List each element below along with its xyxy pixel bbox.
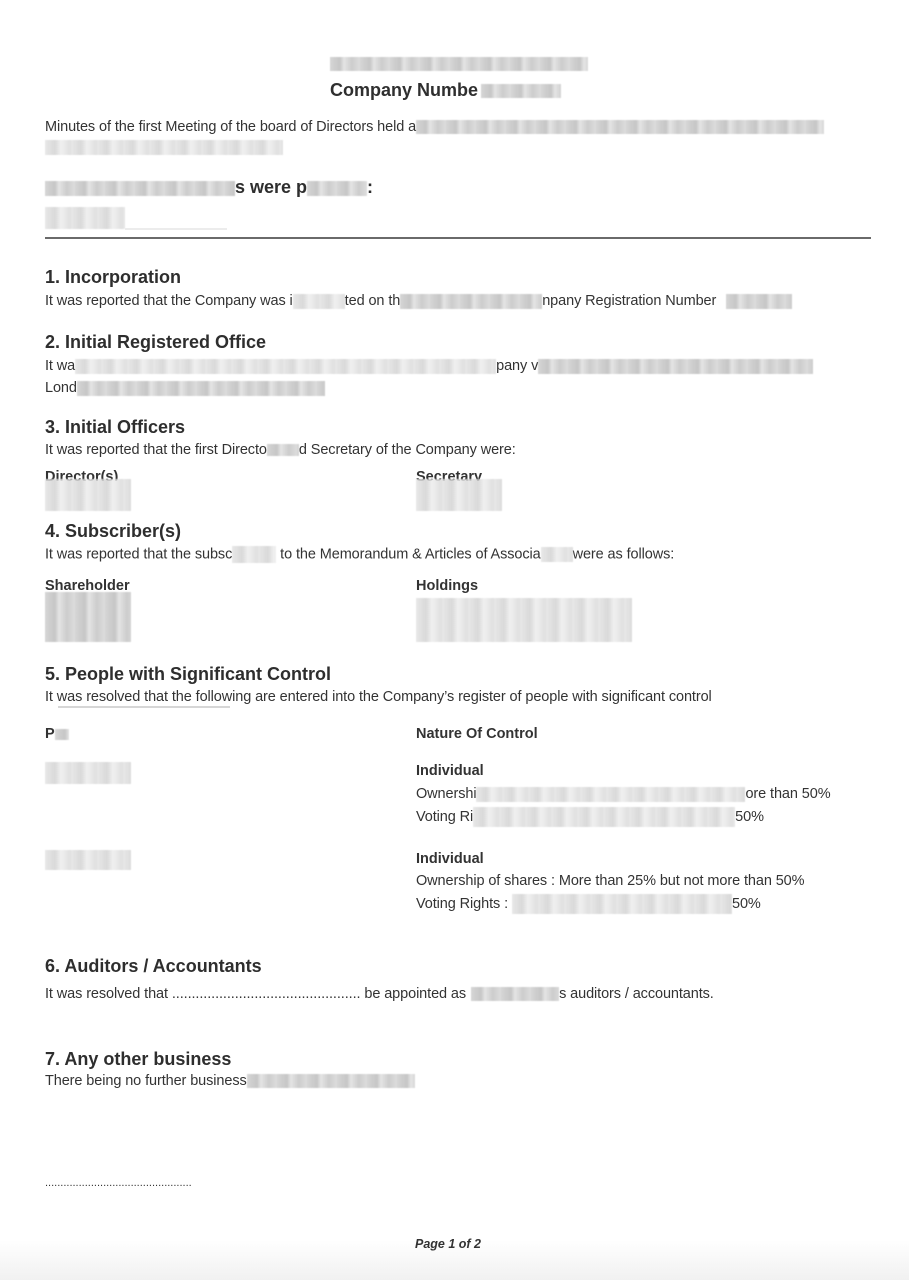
psc-entry-1-voting: Voting Ri50%: [416, 807, 764, 827]
document-page: Company Numbe Minutes of the first Meeti…: [0, 0, 909, 1280]
horizontal-divider: [45, 237, 871, 239]
incorporation-text-1: It was reported that the Company was i: [45, 293, 293, 309]
section-subscribers-heading: 4. Subscriber(s): [45, 521, 181, 542]
section-officers-text: It was reported that the first Directod …: [45, 442, 516, 458]
section-office-line1: It wapany v: [45, 358, 813, 374]
col-person-redacted: [55, 729, 69, 740]
col-holdings-heading: Holdings: [416, 578, 478, 594]
office-text-2: pany v: [496, 358, 538, 374]
incorporation-redacted-2: [400, 294, 542, 309]
section-officers-heading: 3. Initial Officers: [45, 417, 185, 438]
officers-text-2: d Secretary of the Company were:: [299, 442, 516, 458]
page-number: Page 1 of 2: [415, 1237, 481, 1251]
psc-entry-2-ownership: Ownership of shares : More than 25% but …: [416, 873, 804, 889]
psc-2-voting-prefix: Voting Rights :: [416, 896, 508, 912]
psc-entry-2-voting: Voting Rights :50%: [416, 894, 761, 914]
incorporation-redacted-1: [293, 294, 345, 309]
company-number-redacted: [481, 84, 561, 98]
present-heading-colon: :: [367, 177, 373, 197]
subscribers-text-2: to the Memorandum & Articles of Associa: [276, 546, 540, 562]
office-redacted-1: [75, 359, 496, 374]
intro-redacted: [416, 120, 824, 134]
subscribers-redacted-1: [232, 546, 276, 563]
psc-person-1-redacted: [45, 762, 131, 784]
director-name-redacted: [45, 479, 131, 511]
present-name-underline: [125, 228, 227, 230]
section-psc-heading: 5. People with Significant Control: [45, 664, 331, 685]
secretary-name-redacted: [416, 479, 502, 511]
company-number-label: Company Numbe: [330, 80, 561, 101]
psc-1-ownership-prefix: Ownershi: [416, 786, 476, 802]
incorporation-text-2: ted on th: [345, 293, 401, 309]
col-nature-heading: Nature Of Control: [416, 726, 538, 742]
incorporation-reg-number-redacted: [726, 294, 792, 309]
section-office-heading: 2. Initial Registered Office: [45, 332, 266, 353]
section-office-line2: Lond: [45, 380, 325, 396]
officers-text-1: It was reported that the first Directo: [45, 442, 267, 458]
psc-1-ownership-redacted: [476, 787, 745, 802]
officers-redacted: [267, 444, 299, 456]
present-heading: s were p:: [45, 177, 373, 198]
present-heading-redacted-start: [45, 181, 235, 196]
subscribers-text-1: It was reported that the subsc: [45, 546, 232, 562]
psc-entry-1-type: Individual: [416, 763, 484, 779]
section-other-text: There being no further business: [45, 1073, 415, 1089]
section-subscribers-text: It was reported that the subsc to the Me…: [45, 546, 674, 563]
col-person-heading: P: [45, 726, 69, 742]
auditors-text-2: s auditors / accountants.: [559, 986, 714, 1002]
subscribers-text-3: were as follows:: [573, 546, 675, 562]
section-psc-text: It was resolved that the following are e…: [45, 689, 712, 705]
col-shareholder-heading: Shareholder: [45, 578, 130, 592]
psc-entry-1-ownership: Ownershiore than 50%: [416, 786, 831, 802]
subscribers-redacted-2: [541, 547, 573, 562]
section-auditors-text: It was resolved that ...................…: [45, 986, 714, 1002]
office-text-3: Lond: [45, 380, 77, 396]
auditors-redacted: [471, 987, 559, 1001]
intro-line: Minutes of the first Meeting of the boar…: [45, 119, 824, 135]
company-number-label-text: Company Numbe: [330, 80, 478, 100]
office-text-1: It wa: [45, 358, 75, 374]
intro-redacted-line2: [45, 140, 283, 155]
office-redacted-2: [538, 359, 813, 374]
holdings-redacted: [416, 598, 632, 642]
psc-text-underline: [58, 706, 230, 708]
present-heading-text: s were p: [235, 177, 307, 197]
other-text: There being no further business: [45, 1073, 247, 1089]
psc-person-2-redacted: [45, 850, 131, 870]
section-auditors-heading: 6. Auditors / Accountants: [45, 956, 262, 977]
auditors-text-1: It was resolved that ...................…: [45, 986, 466, 1002]
company-name-redacted: [330, 57, 588, 71]
psc-1-voting-redacted: [473, 807, 735, 827]
other-redacted: [247, 1074, 415, 1088]
present-heading-redacted-end: [307, 181, 367, 196]
psc-1-voting-suffix: 50%: [735, 809, 764, 825]
psc-2-voting-redacted: [512, 894, 732, 914]
psc-1-voting-prefix: Voting Ri: [416, 809, 473, 825]
office-redacted-3: [77, 381, 325, 396]
signature-line: ........................................…: [45, 1177, 192, 1189]
shareholder-redacted: [45, 592, 131, 642]
present-name-redacted: [45, 207, 125, 229]
section-incorporation-heading: 1. Incorporation: [45, 267, 181, 288]
col-person-text: P: [45, 726, 55, 742]
section-other-heading: 7. Any other business: [45, 1049, 231, 1070]
psc-2-voting-suffix: 50%: [732, 896, 761, 912]
psc-1-ownership-suffix: ore than 50%: [745, 786, 830, 802]
incorporation-text-3: npany Registration Number: [542, 293, 716, 309]
section-incorporation-text: It was reported that the Company was ite…: [45, 293, 792, 309]
psc-entry-2-type: Individual: [416, 851, 484, 867]
intro-text: Minutes of the first Meeting of the boar…: [45, 119, 416, 135]
